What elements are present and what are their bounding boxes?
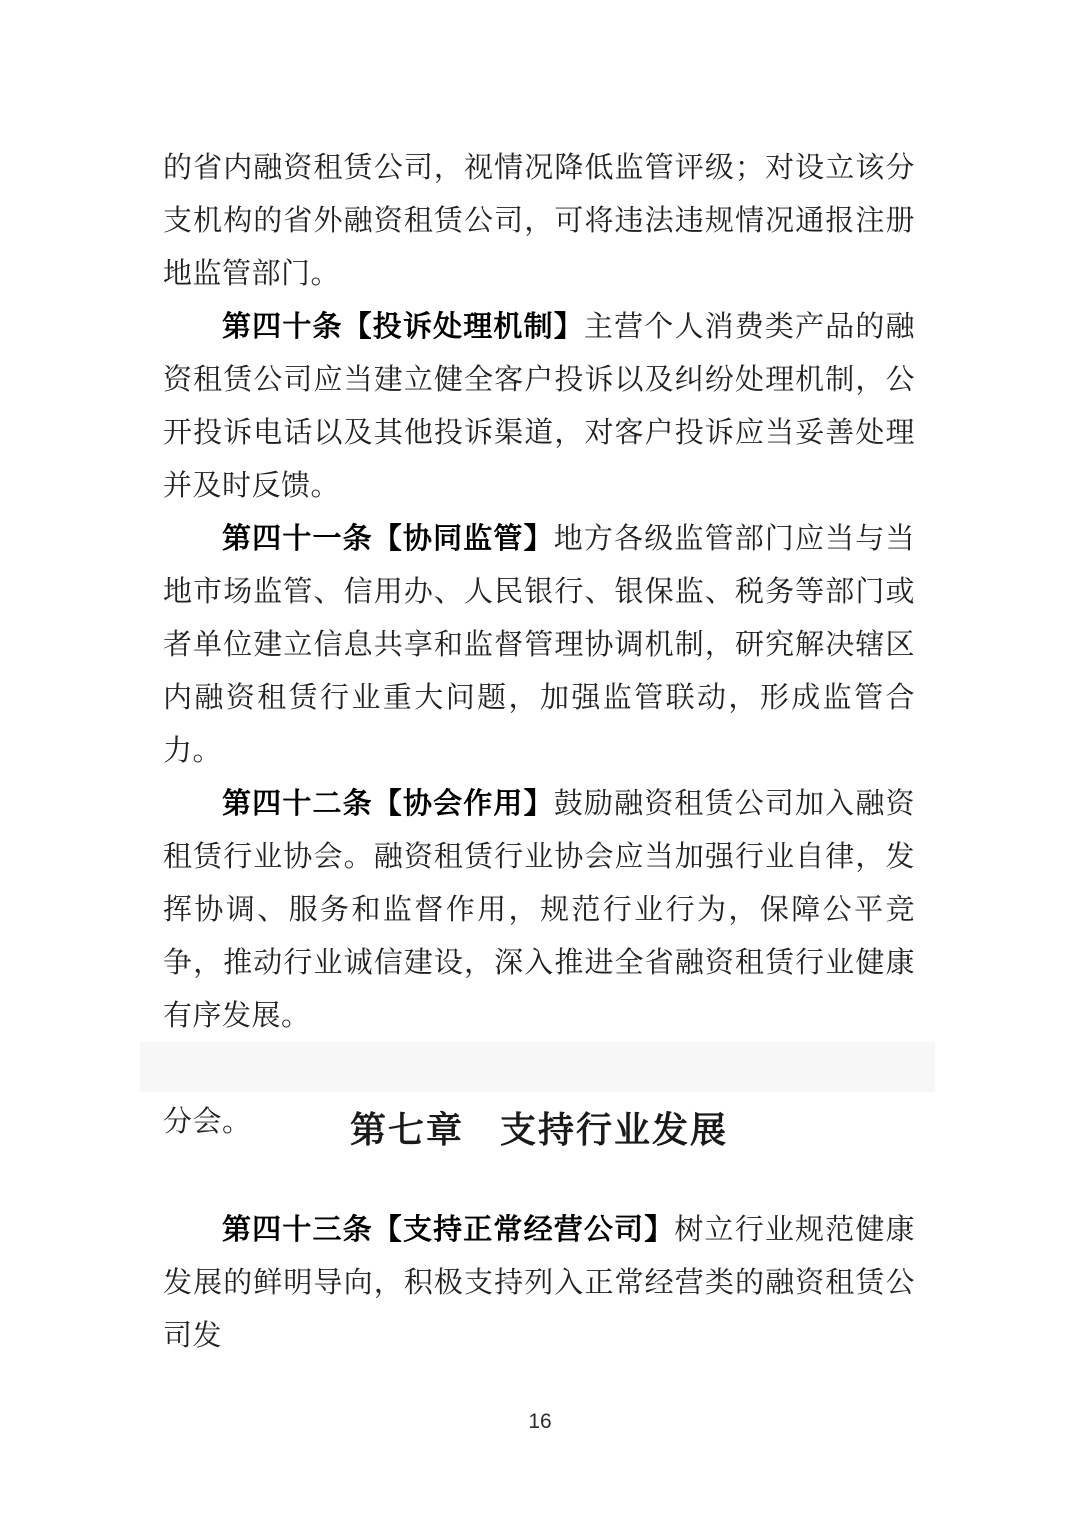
article-42-heading: 第四十二条【协会作用】 bbox=[222, 788, 554, 820]
paragraph-text: 地方各级监管部门应当与当地市场监管、信用办、人民银行、银保监、税务等部门或者单位… bbox=[163, 523, 915, 767]
scan-shadow-band bbox=[140, 1042, 935, 1092]
article-42-paragraph: 第四十二条【协会作用】鼓励融资租赁公司加入融资租赁行业协会。融资租赁行业协会应当… bbox=[163, 778, 915, 1043]
article-43-heading: 第四十三条【支持正常经营公司】 bbox=[222, 1214, 674, 1246]
chapter-number: 第七章 bbox=[350, 1109, 464, 1150]
page-number: 16 bbox=[0, 1410, 1080, 1434]
main-text-block: 的省内融资租赁公司，视情况降低监管评级；对设立该分支机构的省外融资租赁公司，可将… bbox=[163, 142, 915, 1149]
chapter-heading: 第七章支持行业发展 bbox=[163, 1102, 915, 1153]
article-40-heading: 第四十条【投诉处理机制】 bbox=[222, 311, 584, 343]
continuation-paragraph: 的省内融资租赁公司，视情况降低监管评级；对设立该分支机构的省外融资租赁公司，可将… bbox=[163, 142, 915, 301]
paragraph-text: 鼓励融资租赁公司加入融资租赁行业协会。融资租赁行业协会应当加强行业自律，发挥协调… bbox=[163, 788, 915, 1032]
article-40-paragraph: 第四十条【投诉处理机制】主营个人消费类产品的融资租赁公司应当建立健全客户投诉以及… bbox=[163, 301, 915, 513]
document-page: 的省内融资租赁公司，视情况降低监管评级；对设立该分支机构的省外融资租赁公司，可将… bbox=[0, 0, 1080, 1527]
article-41-heading: 第四十一条【协同监管】 bbox=[222, 523, 554, 555]
paragraph-text: 的省内融资租赁公司，视情况降低监管评级；对设立该分支机构的省外融资租赁公司，可将… bbox=[163, 152, 915, 290]
chapter-title: 支持行业发展 bbox=[500, 1109, 728, 1150]
after-chapter-text-block: 第四十三条【支持正常经营公司】树立行业规范健康发展的鲜明导向，积极支持列入正常经… bbox=[163, 1204, 915, 1363]
article-41-paragraph: 第四十一条【协同监管】地方各级监管部门应当与当地市场监管、信用办、人民银行、银保… bbox=[163, 513, 915, 778]
article-43-paragraph: 第四十三条【支持正常经营公司】树立行业规范健康发展的鲜明导向，积极支持列入正常经… bbox=[163, 1204, 915, 1363]
